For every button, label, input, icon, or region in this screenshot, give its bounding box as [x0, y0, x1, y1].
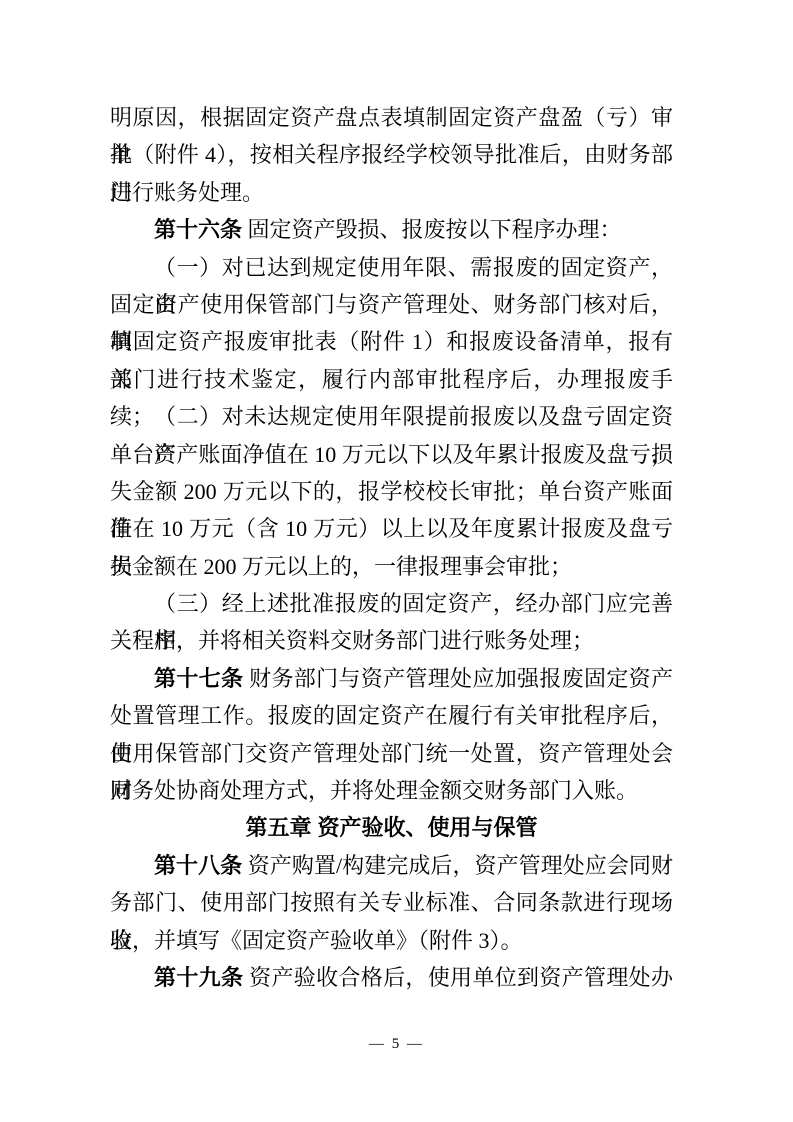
text-line: 关程序，并将相关资料交财务部门进行账务处理； — [110, 622, 673, 659]
text-line: 失金额在 200 万元以上的，一律报理事会审批； — [110, 548, 673, 585]
article-label: 第十六条 — [154, 217, 242, 242]
text-line: （一）对已达到规定使用年限、需报废的固定资产，由 — [110, 249, 673, 286]
text-line: 第十八条 资产购置/构建完成后，资产管理处应会同财 — [110, 847, 673, 884]
text-line: 使用保管部门交资产管理处部门统一处置，资产管理处会同 — [110, 735, 673, 772]
text-segment: 第五章 资产验收、使用与保管 — [245, 815, 537, 840]
text-segment: 财务部门与资产管理处应加强报废固定资产 — [243, 666, 673, 691]
article-label: 第十七条 — [154, 666, 243, 691]
text-line: 第十九条 资产验收合格后，使用单位到资产管理处办 — [110, 959, 673, 996]
text-segment: 资产验收合格后，使用单位到资产管理处办 — [243, 965, 673, 990]
text-line: （三）经上述批准报废的固定资产，经办部门应完善相 — [110, 585, 673, 622]
text-segment: 单台资产账面净值在 10 万元以下以及年累计报废及盘亏损 — [110, 442, 673, 467]
text-segment: 失金额在 200 万元以上的，一律报理事会审批； — [110, 554, 572, 579]
text-segment: 资产购置/构建完成后，资产管理处应会同财 — [242, 853, 673, 878]
text-line: 部门进行技术鉴定，履行内部审批程序后，办理报废手续； — [110, 361, 673, 398]
article-label: 第十八条 — [154, 853, 242, 878]
text-line: 务部门、使用部门按照有关专业标准、合同条款进行现场验 — [110, 884, 673, 921]
text-line: 进行账务处理。 — [110, 174, 673, 211]
page-number: — 5 — — [0, 1036, 793, 1053]
chapter-heading: 第五章 资产验收、使用与保管 — [110, 809, 673, 846]
text-line: 单台资产账面净值在 10 万元以下以及年累计报废及盘亏损 — [110, 436, 673, 473]
text-line: 处置管理工作。报废的固定资产在履行有关审批程序后，由 — [110, 697, 673, 734]
text-line: 第十七条 财务部门与资产管理处应加强报废固定资产 — [110, 660, 673, 697]
text-segment: 固定资产毁损、报废按以下程序办理： — [242, 217, 622, 242]
text-line: 固定资产使用保管部门与资产管理处、财务部门核对后，填 — [110, 286, 673, 323]
document-page: 明原因，根据固定资产盘点表填制固定资产盘盈（亏）审批单（附件 4），按相关程序报… — [0, 0, 793, 1122]
text-line: 制固定资产报废审批表（附件 1）和报废设备清单，报有关 — [110, 323, 673, 360]
text-line: 值在 10 万元（含 10 万元）以上以及年度累计报废及盘亏损 — [110, 510, 673, 547]
text-line: 失金额 200 万元以下的，报学校校长审批；单台资产账面净 — [110, 473, 673, 510]
text-segment: 关程序，并将相关资料交财务部门进行账务处理； — [110, 628, 594, 653]
text-line: 第十六条 固定资产毁损、报废按以下程序办理： — [110, 211, 673, 248]
text-line: 财务处协商处理方式，并将处理金额交财务部门入账。 — [110, 772, 673, 809]
document-body: 明原因，根据固定资产盘点表填制固定资产盘盈（亏）审批单（附件 4），按相关程序报… — [110, 99, 673, 996]
article-label: 第十九条 — [154, 965, 243, 990]
text-line: （二）对未达规定使用年限提前报废以及盘亏固定资产， — [110, 398, 673, 435]
text-line: 收，并填写《固定资产验收单》（附件 3）。 — [110, 922, 673, 959]
text-segment: 财务处协商处理方式，并将处理金额交财务部门入账。 — [110, 778, 638, 803]
text-segment: 进行账务处理。 — [110, 180, 264, 205]
text-segment: 收，并填写《固定资产验收单》（附件 3）。 — [110, 928, 523, 953]
text-line: 明原因，根据固定资产盘点表填制固定资产盘盈（亏）审批 — [110, 99, 673, 136]
text-line: 单（附件 4），按相关程序报经学校领导批准后，由财务部门 — [110, 136, 673, 173]
